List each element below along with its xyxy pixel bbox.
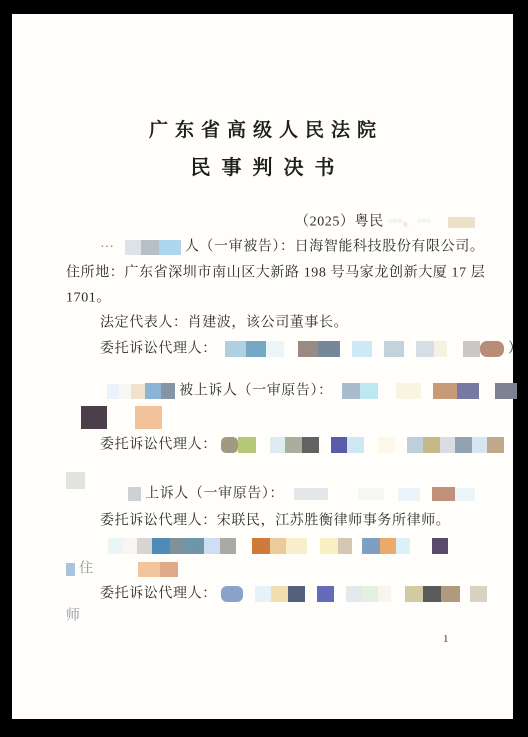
partial-zhu-line: 住 xyxy=(66,559,178,578)
case-number-redacted-text: ⋯、⋯ xyxy=(388,214,432,229)
appellee-line-2: 上诉人（一审原告）： xyxy=(128,484,475,503)
agent-2-redaction xyxy=(221,437,504,452)
redaction-row-dark-peach xyxy=(66,406,162,429)
agent-1-close-paren: ） xyxy=(508,341,523,356)
gray-redaction xyxy=(66,472,85,487)
appellee-2-name-redaction xyxy=(288,486,475,501)
agent-line-3: 委托诉讼代理人：宋联民，江苏胜衡律师事务所律师。 xyxy=(100,511,450,530)
document-type: 民事判决书 xyxy=(12,158,513,178)
address-text-1: 住所地：广东省深圳市南山区大新路 198 号马家龙创新大厦 17 层 xyxy=(66,265,485,280)
color-row-redaction xyxy=(108,538,448,553)
agent-1-redaction xyxy=(221,341,504,356)
redaction-row-gray xyxy=(66,470,85,489)
appellee-2-pre-redaction xyxy=(128,486,141,501)
zhu-overlay-redaction xyxy=(66,561,75,576)
legal-representative-text: 法定代表人：肖建波，该公司董事长。 xyxy=(100,315,348,330)
address-text-2: 1701。 xyxy=(66,290,111,305)
case-number-redaction xyxy=(436,214,475,229)
appellee-line-1: 被上诉人（一审原告）： xyxy=(107,381,517,400)
appellant-ellipsis: ⋯ xyxy=(100,239,115,254)
case-number-line: （2025）粤民 ⋯、⋯ xyxy=(295,212,475,231)
agent-line-1: 委托诉讼代理人： ） xyxy=(100,339,523,358)
page-number: 1 xyxy=(443,630,449,649)
page-number-text: 1 xyxy=(443,633,449,645)
court-name: 广东省高级人民法院 xyxy=(12,120,513,140)
legal-representative-line: 法定代表人：肖建波，该公司董事长。 xyxy=(100,313,348,332)
agent-4-redaction xyxy=(221,586,487,601)
address-line-1: 住所地：广东省深圳市南山区大新路 198 号马家龙创新大厦 17 层 xyxy=(66,263,485,282)
appellee-1-pre-redaction xyxy=(107,383,175,398)
case-number: （2025）粤民 xyxy=(295,214,384,229)
agent-line-4: 委托诉讼代理人： xyxy=(100,584,487,603)
partial-shi-line: 师 xyxy=(66,606,81,625)
judgment-page: 广东省高级人民法院 民事判决书 （2025）粤民 ⋯、⋯ ⋯ 人（一审被告）：日… xyxy=(12,14,513,719)
appellee-1-name-redaction xyxy=(337,383,517,398)
agent-label-2: 委托诉讼代理人： xyxy=(100,437,217,452)
agent-line-2: 委托诉讼代理人： xyxy=(100,435,504,454)
address-line-2: 1701。 xyxy=(66,288,111,307)
appellant-text: 人（一审被告）：日海智能科技股份有限公司。 xyxy=(185,239,485,254)
appellant-name-redaction xyxy=(119,239,181,254)
appellee-1-label: 被上诉人（一审原告）： xyxy=(179,383,333,398)
agent-label-4: 委托诉讼代理人： xyxy=(100,586,217,601)
appellant-line: ⋯ 人（一审被告）：日海智能科技股份有限公司。 xyxy=(100,237,484,256)
partial-shi-char: 师 xyxy=(66,608,81,623)
appellee-2-label: 上诉人（一审原告）： xyxy=(145,486,284,501)
agent-label-1: 委托诉讼代理人： xyxy=(100,341,217,356)
court-name-text: 广东省高级人民法院 xyxy=(149,120,383,141)
agent-song-text: 委托诉讼代理人：宋联民，江苏胜衡律师事务所律师。 xyxy=(100,513,450,528)
zhu-row-redaction xyxy=(98,561,178,576)
document-type-text: 民事判决书 xyxy=(191,157,346,179)
redaction-color-row xyxy=(108,536,448,555)
dark-peach-redaction xyxy=(66,410,162,425)
partial-zhu-char: 住 xyxy=(79,561,94,576)
